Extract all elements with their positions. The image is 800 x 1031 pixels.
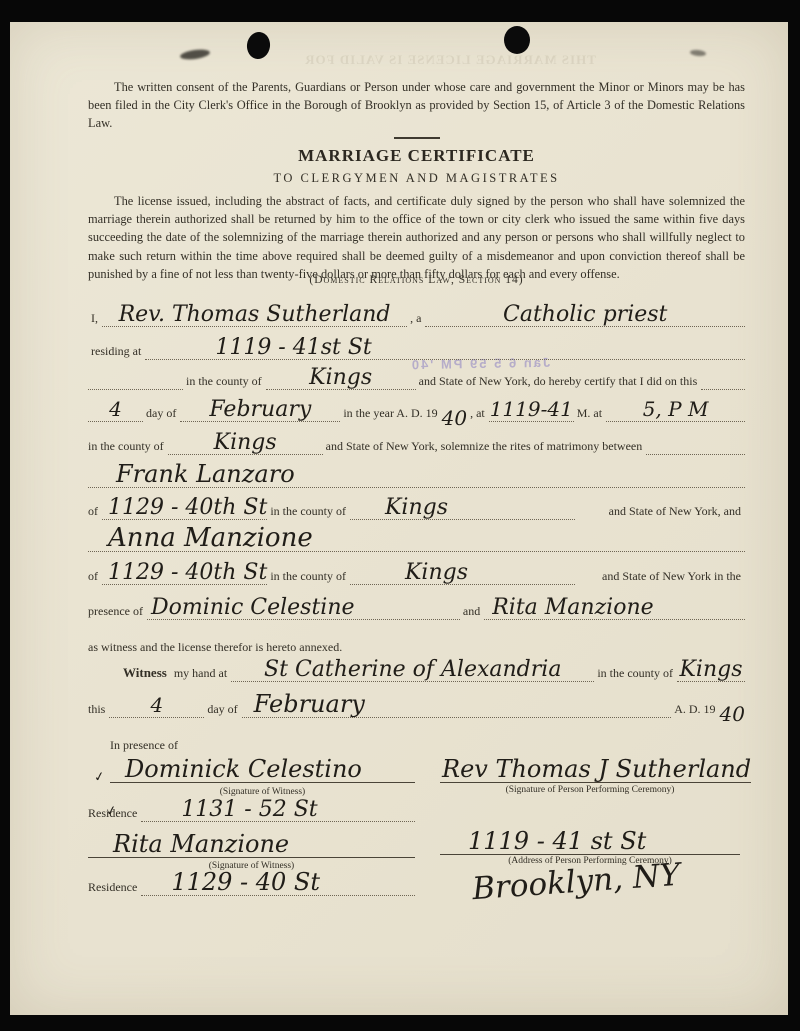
form-line-witnesses: presence of Dominic Celestine and Rita M…: [88, 582, 745, 620]
witness2-signature-field: Rita Manzione: [88, 834, 415, 858]
form-line-bride-address: of 1129 - 40th St in the county of Kings…: [88, 551, 745, 585]
handwritten-time: 5, P M: [643, 401, 709, 418]
punch-hole-icon: [504, 26, 530, 54]
ink-smudge: [180, 48, 211, 61]
printed-label: in the county of: [594, 666, 677, 682]
handwritten-witness2-residence: 1129 - 40 St: [141, 872, 320, 892]
bride-name-field: Anna Manzione: [88, 527, 745, 552]
handwritten-witness2-signature: Rita Manzione: [88, 834, 289, 854]
witness1-field: Dominic Celestine: [147, 599, 460, 620]
handwritten-county: Kings: [350, 564, 468, 583]
printed-label: A. D. 19: [671, 702, 719, 718]
handwritten-month: February: [242, 694, 365, 714]
checkmark-icon: ✓: [93, 769, 106, 786]
officiant-signature-field: Rev Thomas J Sutherland: [440, 759, 751, 783]
handwritten-bride-name: Anna Manzione: [88, 527, 313, 549]
bleed-through-text: THIS MARRIAGE LICENSE IS VALID FOR: [240, 52, 660, 68]
printed-label: this: [88, 702, 109, 718]
form-line-county-ceremony: in the county of Kings and State of New …: [88, 423, 745, 455]
handwritten-officiant-title: Catholic priest: [503, 306, 667, 325]
certificate-paper: THIS MARRIAGE LICENSE IS VALID FOR The w…: [10, 22, 788, 1015]
printed-label: my hand at: [171, 666, 231, 682]
witness1-residence-row: Residence 1131 - 52 St: [88, 790, 415, 822]
county-field: Kings: [677, 661, 745, 682]
witness2-field: Rita Manzione: [484, 599, 745, 620]
form-line-county-residing: in the county of Kings and State of New …: [88, 358, 745, 390]
form-line-sign-date: this 4 day of February A. D. 19 40: [88, 684, 745, 718]
handwritten-officiant-signature: Rev Thomas J Sutherland: [440, 759, 751, 779]
printed-label: day of: [143, 406, 180, 422]
ink-smudge: [690, 49, 707, 57]
page-title: MARRIAGE CERTIFICATE: [88, 146, 745, 166]
handwritten-place: 1119-41: [490, 401, 573, 418]
officiant-address-field: 1119 - 41 st St: [440, 831, 740, 855]
witness1-residence-field: 1131 - 52 St: [141, 801, 415, 822]
printed-label: I,: [88, 311, 102, 327]
printed-label: and: [460, 604, 484, 620]
witness2-signature-row: Rita Manzione: [88, 826, 415, 858]
officiant-address-row: 1119 - 41 st St: [440, 820, 740, 855]
printed-label: Residence: [88, 806, 141, 822]
printed-label: day of: [204, 702, 241, 718]
day-field: 4: [109, 697, 204, 718]
printed-label: and State of New York, do hereby certify…: [416, 374, 702, 390]
location-field: St Catherine of Alexandria: [231, 661, 594, 682]
officiant-name-field: Rev. Thomas Sutherland: [102, 306, 407, 327]
law-reference: (Domestic Relations Law, Section 14): [88, 274, 745, 286]
form-line-bride: Anna Manzione: [88, 514, 745, 552]
in-presence-of-label: In presence of: [110, 738, 178, 753]
handwritten-witness1-residence: 1131 - 52 St: [141, 801, 317, 820]
witness1-signature-field: Dominick Celestino: [110, 759, 415, 783]
consent-paragraph: The written consent of the Parents, Guar…: [88, 78, 745, 133]
witness2-residence-row: Residence 1129 - 40 St: [88, 863, 415, 896]
scanned-document: THIS MARRIAGE LICENSE IS VALID FOR The w…: [0, 0, 800, 1031]
printed-label: presence of: [88, 604, 147, 620]
printed-label: in the year A. D. 19: [340, 406, 441, 422]
day-field: 4: [88, 401, 143, 422]
witness1-signature-row: Dominick Celestino: [110, 752, 415, 783]
section-divider: [394, 137, 440, 139]
month-field: February: [242, 694, 672, 718]
handwritten-county: Kings: [309, 369, 372, 388]
handwritten-bride-address: 1129 - 40th St: [102, 564, 267, 583]
officiant-title-field: Catholic priest: [425, 306, 745, 327]
groom-name-field: Frank Lanzaro: [88, 464, 745, 488]
form-line-witness-hand: Witness my hand at St Catherine of Alexa…: [120, 646, 745, 682]
officiant-signature-row: Rev Thomas J Sutherland: [440, 750, 740, 783]
officiant-address-field: 1119 - 41st St: [145, 339, 745, 360]
form-line-officiant: I, Rev. Thomas Sutherland , a Catholic p…: [88, 294, 745, 327]
handwritten-witness1: Dominic Celestine: [147, 599, 355, 618]
handwritten-county: Kings: [679, 661, 742, 680]
printed-label: , at: [467, 406, 489, 422]
form-line-groom: Frank Lanzaro: [88, 452, 745, 488]
handwritten-county: Kings: [214, 434, 277, 453]
officiant-signature-caption: (Signature of Person Performing Ceremony…: [440, 785, 740, 795]
place-field: 1119-41: [489, 401, 574, 422]
handwritten-month: February: [209, 401, 311, 420]
form-line-date: 4 day of February in the year A. D. 19 4…: [88, 390, 745, 422]
handwritten-officiant-name: Rev. Thomas Sutherland: [119, 306, 391, 325]
license-paragraph: The license issued, including the abstra…: [88, 192, 745, 283]
handwritten-witness2: Rita Manzione: [484, 599, 653, 618]
handwritten-groom-name: Frank Lanzaro: [88, 464, 295, 484]
printed-label: Residence: [88, 880, 141, 896]
handwritten-officiant-address: 1119 - 41 st St: [440, 831, 646, 851]
form-line-residing: residing at 1119 - 41st St: [88, 328, 745, 360]
handwritten-witness1-signature: Dominick Celestino: [110, 759, 362, 779]
printed-label: in the county of: [183, 374, 266, 390]
printed-label: , a: [407, 311, 425, 327]
handwritten-year: 40: [720, 706, 745, 723]
printed-label: Witness: [120, 665, 171, 682]
witness2-residence-field: 1129 - 40 St: [141, 872, 415, 896]
handwritten-location: St Catherine of Alexandria: [264, 661, 561, 680]
handwritten-officiant-address: 1119 - 41st St: [145, 339, 371, 358]
printed-label: M. at: [574, 406, 606, 422]
handwritten-day: 4: [109, 401, 122, 418]
page-subtitle: TO CLERGYMEN AND MAGISTRATES: [88, 171, 745, 186]
county-field: Kings: [266, 369, 416, 390]
month-field: February: [180, 401, 340, 422]
time-field: 5, P M: [606, 401, 745, 422]
handwritten-day: 4: [150, 697, 163, 714]
